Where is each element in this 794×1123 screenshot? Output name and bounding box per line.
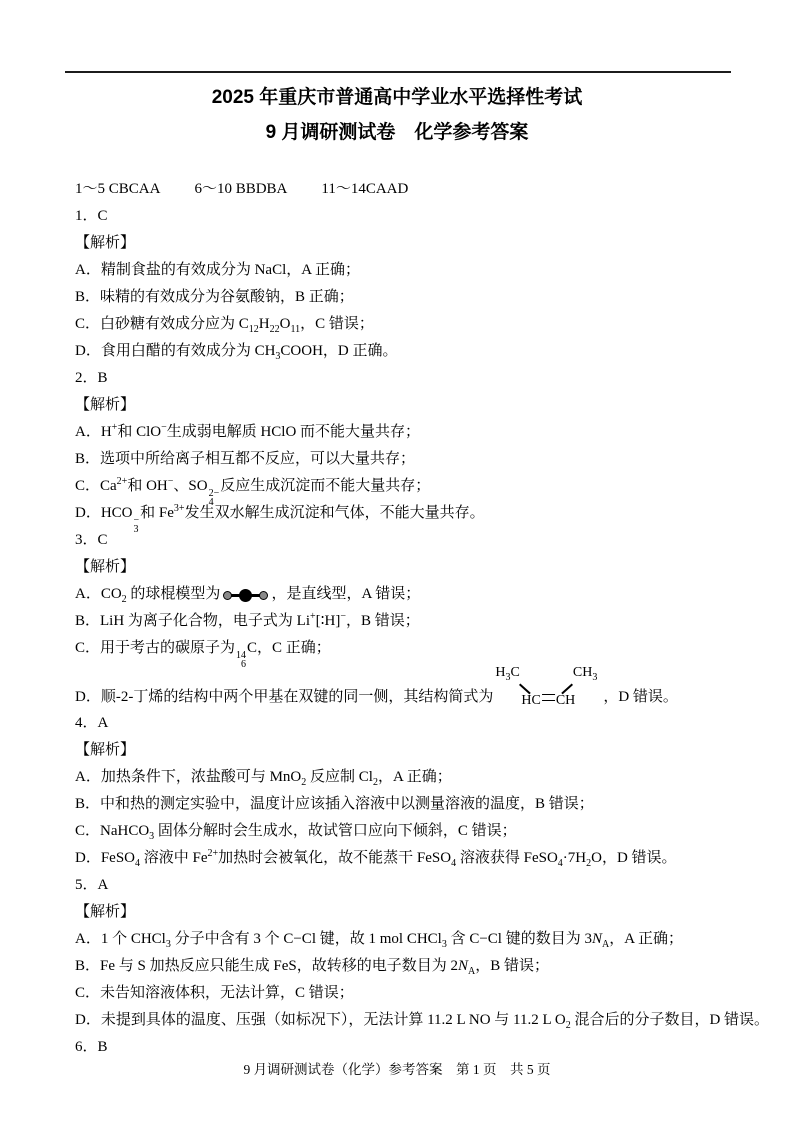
q5-number-answer: 5．A (75, 872, 755, 899)
answers-content: 1～5 CBCAA 6～10 BBDBA 11～14CAAD 1．C 【解析】 … (75, 176, 755, 1061)
answer-key-1-5: 1～5 CBCAA (75, 176, 160, 203)
q5-option-c: C．未告知溶液体积，无法计算，C 错误； (75, 980, 755, 1007)
q4-analysis-label: 【解析】 (75, 737, 755, 764)
vinyl-group-row: HCCH (521, 693, 575, 709)
exam-answer-page: 2025 年重庆市普通高中学业水平选择性考试 9 月调研测试卷 化学参考答案 1… (0, 0, 794, 1123)
q6-number-answer: 6．B (75, 1034, 755, 1061)
header-rule (65, 71, 731, 73)
q1-option-a: A．精制食盐的有效成分为 NaCl，A 正确； (75, 257, 755, 284)
q3-analysis-label: 【解析】 (75, 554, 755, 581)
q3-option-a-text-post: ，是直线型，A 错误； (271, 586, 420, 602)
q2-option-a: A．H+和 ClO−生成弱电解质 HClO 而不能大量共存； (75, 419, 755, 446)
q4-option-d: D．FeSO4 溶液中 Fe2+加热时会被氧化，故不能蒸干 FeSO4 溶液获得… (75, 845, 755, 872)
q2-number-answer: 2．B (75, 365, 755, 392)
q5-option-a: A．1 个 CHCl3 分子中含有 3 个 C−Cl 键，故 1 mol CHC… (75, 926, 755, 953)
page-footer: 9 月调研测试卷（化学）参考答案 第 1 页 共 5 页 (0, 1058, 794, 1078)
q2-option-c: C．Ca2+和 OH−、SO2−4反应生成沉淀而不能大量共存； (75, 473, 755, 500)
q4-number-answer: 4．A (75, 710, 755, 737)
q2-option-b: B．选项中所给离子相互都不反应，可以大量共存； (75, 446, 755, 473)
q2-analysis-label: 【解析】 (75, 392, 755, 419)
q5-option-d: D．未提到具体的温度、压强（如标况下），无法计算 11.2 L NO 与 11.… (75, 1007, 755, 1034)
q5-analysis-label: 【解析】 (75, 899, 755, 926)
q3-option-a-text-pre: A．CO2 的球棍模型为 (75, 586, 220, 602)
answer-key-11-14: 11～14CAAD (321, 176, 408, 203)
double-bond-icon (542, 694, 555, 701)
q4-option-c: C．NaHCO3 固体分解时会生成水，故试管口应向下倾斜，C 错误； (75, 818, 755, 845)
cis-2-butene-structure: H3C CH3 HCCH (495, 666, 601, 710)
q1-option-b: B．味精的有效成分为谷氨酸钠，B 正确； (75, 284, 755, 311)
q3-option-d: D．顺-2-丁烯的结构中两个甲基在双键的同一侧，其结构简式为 H3C CH3 H… (75, 662, 755, 710)
methyl-left-label: H3C (495, 666, 519, 680)
answer-key-6-10: 6～10 BBDBA (194, 176, 287, 203)
q3-option-d-text-post: ，D 错误。 (603, 685, 678, 710)
q3-number-answer: 3．C (75, 527, 755, 554)
q3-option-a: A．CO2 的球棍模型为，是直线型，A 错误； (75, 581, 755, 608)
paper-subtitle: 9 月调研测试卷 化学参考答案 (0, 117, 794, 144)
q4-option-a: A．加热条件下，浓盐酸可与 MnO2 反应制 Cl2，A 正确； (75, 764, 755, 791)
q1-option-c: C．白砂糖有效成分应为 C12H22O11，C 错误； (75, 311, 755, 338)
q1-analysis-label: 【解析】 (75, 230, 755, 257)
q1-number-answer: 1．C (75, 203, 755, 230)
q1-option-d: D．食用白醋的有效成分为 CH3COOH，D 正确。 (75, 338, 755, 365)
q2-option-d: D．HCO−3和 Fe3+发生双水解生成沉淀和气体，不能大量共存。 (75, 500, 755, 527)
q4-option-b: B．中和热的测定实验中，温度计应该插入溶液中以测量溶液的温度，B 错误； (75, 791, 755, 818)
answer-key-row: 1～5 CBCAA 6～10 BBDBA 11～14CAAD (75, 176, 755, 203)
co2-ball-and-stick-icon (223, 589, 268, 602)
q3-option-d-text-pre: D．顺-2-丁烯的结构中两个甲基在双键的同一侧，其结构简式为 (75, 685, 493, 710)
exam-title: 2025 年重庆市普通高中学业水平选择性考试 (0, 82, 794, 109)
q5-option-b: B．Fe 与 S 加热反应只能生成 FeS，故转移的电子数目为 2NA，B 错误… (75, 953, 755, 980)
oxygen-ball-icon (259, 591, 268, 600)
ch-label: CH (556, 693, 575, 708)
hc-label: HC (521, 693, 540, 708)
q3-option-c: C．用于考古的碳原子为146C，C 正确； (75, 635, 755, 662)
q3-option-b: B．LiH 为离子化合物，电子式为 Li+[∶H]−，B 错误； (75, 608, 755, 635)
methyl-right-label: CH3 (573, 666, 597, 680)
